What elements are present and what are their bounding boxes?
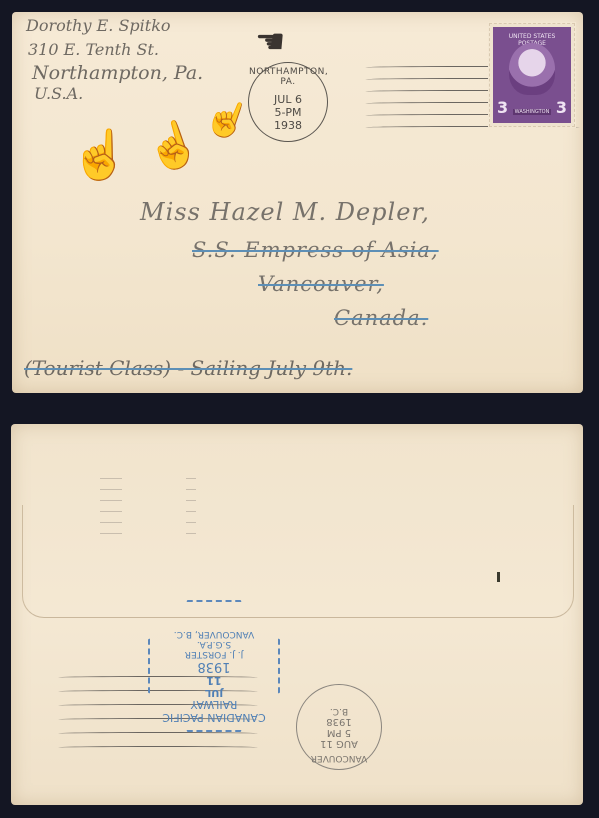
partial-cancel-marks — [100, 478, 122, 542]
stamp-subject: WASHINGTON — [513, 109, 551, 115]
return-address-line-1: Dorothy E. Spitko — [26, 16, 171, 35]
partial-cancel-marks — [186, 478, 196, 540]
sailing-note: (Tourist Class) - Sailing July 9th. — [24, 356, 352, 380]
return-address-line-2: 310 E. Tenth St. — [28, 40, 159, 59]
addressee-name: Miss Hazel M. Depler, — [140, 198, 430, 226]
return-address-line-3: Northampton, Pa. — [32, 62, 203, 84]
stamp-denomination-right: 3 — [556, 98, 567, 117]
ink-mark — [497, 572, 500, 582]
washington-portrait-icon — [509, 43, 555, 95]
pointing-hand-icon: ☚ — [255, 22, 285, 62]
receiving-province: B.C. — [297, 706, 381, 716]
postmark-town: NORTHAMPTON, PA. — [249, 67, 327, 87]
cancel-wave-line — [58, 732, 258, 735]
vancouver-receiving-postmark: VANCOUVER AUG 11 5 PM 1938 B.C. — [296, 684, 382, 770]
receiving-time: 5 PM — [297, 727, 381, 738]
postmark-year: 1938 — [249, 119, 327, 132]
receiving-date: AUG 11 — [297, 738, 381, 749]
northampton-postmark: NORTHAMPTON, PA. JUL 6 5-PM 1938 — [248, 62, 328, 142]
struck-address-city: Vancouver, — [258, 272, 384, 296]
postmark-time: 5-PM — [249, 106, 327, 119]
canadian-pacific-railway-cachet: CANADIAN PACIFIC RAILWAY JUL 11 1938 J. … — [148, 600, 280, 732]
cancel-wave-line — [365, 126, 580, 129]
stamp-denomination-left: 3 — [497, 98, 508, 117]
struck-address-ship: S.S. Empress of Asia, — [192, 238, 439, 262]
pointing-hand-icon: ☝ — [70, 126, 130, 183]
washington-3c-stamp: UNITED STATES POSTAGE 3 WASHINGTON 3 — [490, 24, 574, 126]
receiving-town: VANCOUVER — [297, 753, 381, 763]
cancel-wave-line — [58, 746, 258, 749]
receiving-year: 1938 — [297, 716, 381, 727]
return-address-line-4: U.S.A. — [34, 84, 83, 103]
postmark-date: JUL 6 — [249, 93, 327, 106]
struck-address-country: Canada. — [334, 306, 428, 330]
